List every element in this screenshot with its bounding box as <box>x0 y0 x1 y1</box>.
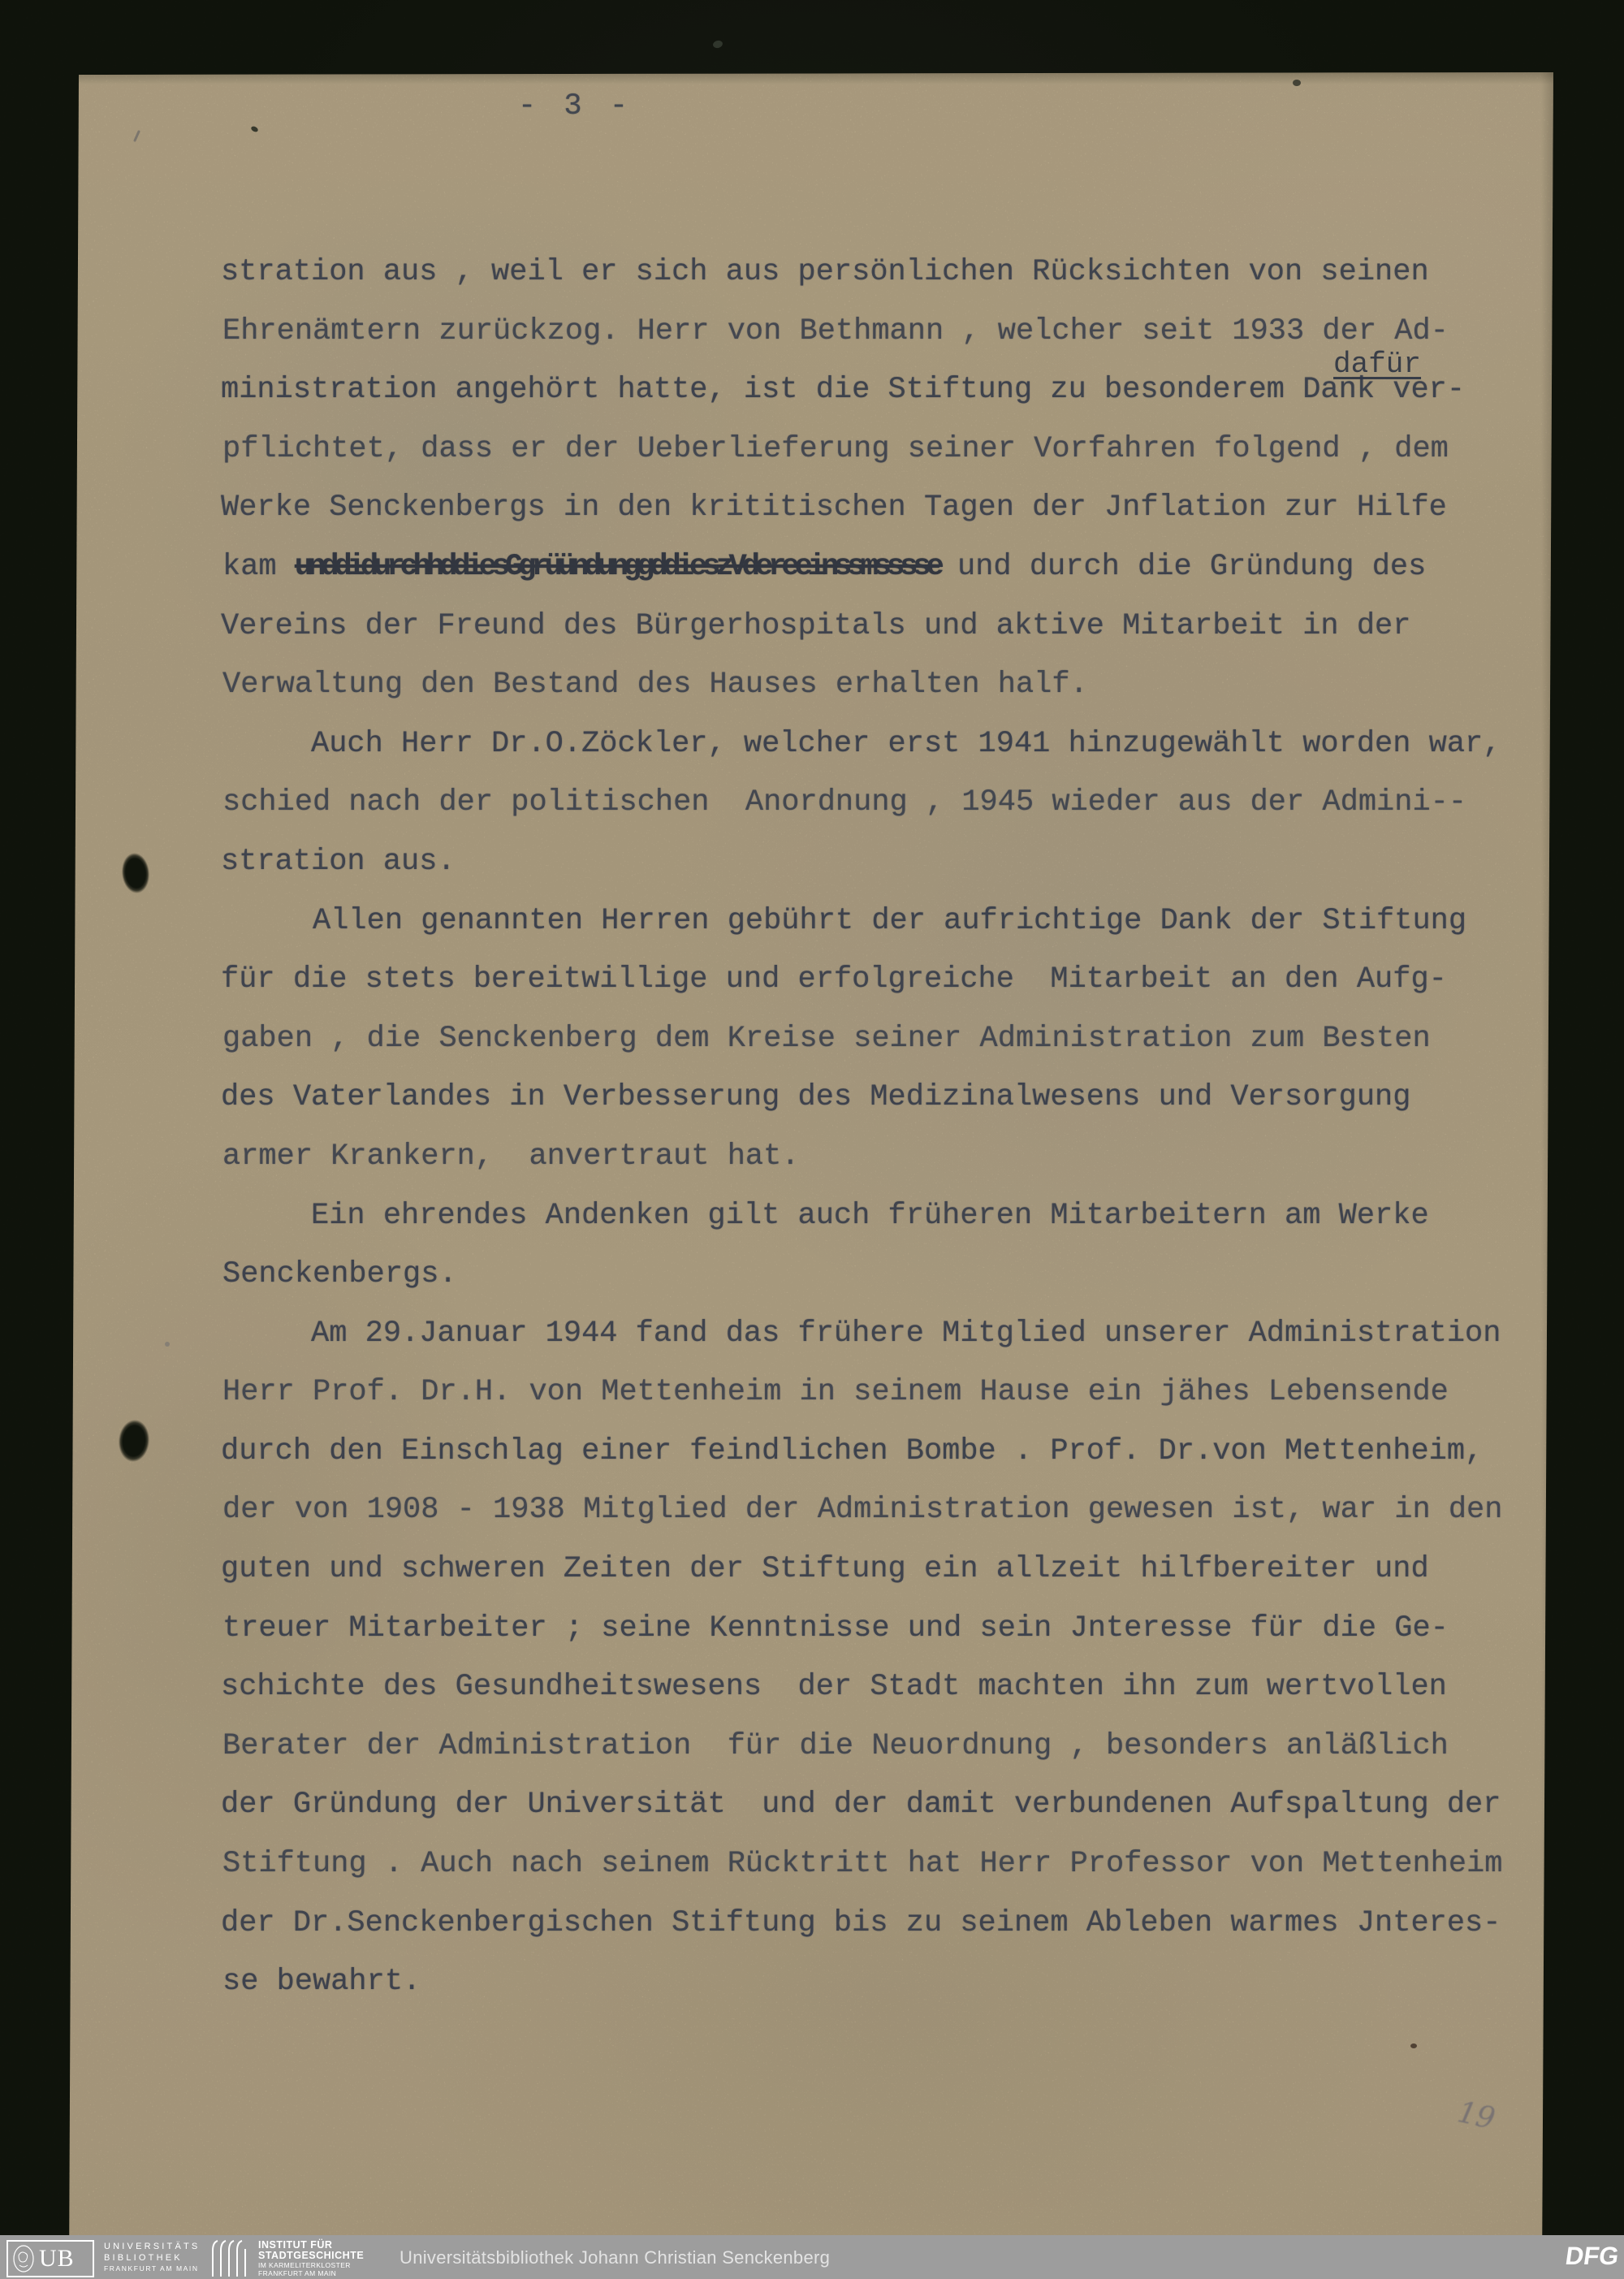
document-page: - 3 - dafür stration aus , weil er sich … <box>0 0 1624 2279</box>
institute-line3: IM KARMELITERKLOSTER <box>258 2261 364 2269</box>
ub-line2: BIBLIOTHEK <box>104 2253 200 2264</box>
typewritten-line: stration aus. <box>221 832 1553 892</box>
handwritten-number: 19 <box>1454 2096 1497 2137</box>
typewritten-line: der von 1908 - 1938 Mitglied der Adminis… <box>222 1481 1554 1540</box>
typewritten-line: schichte des Gesundheitswesens der Stadt… <box>221 1658 1553 1717</box>
typewritten-line: durch den Einschlag einer feindlichen Bo… <box>221 1422 1553 1481</box>
ink-speck <box>1410 2043 1417 2048</box>
typewritten-line-with-strikeout: kam unddidurchhddiesGgrüündunggddieszVde… <box>222 538 1554 597</box>
ub-logo: UB <box>6 2240 94 2277</box>
ink-speck <box>712 40 723 50</box>
typewritten-line: des Vaterlandes in Verbesserung des Medi… <box>221 1068 1553 1127</box>
typewritten-line: ministration angehört hatte, ist die Sti… <box>221 361 1553 420</box>
typewritten-line: der Dr.Senckenbergischen Stiftung bis zu… <box>221 1894 1553 1953</box>
page-number: - 3 - <box>518 89 633 123</box>
typewritten-line: Allen genannten Herren gebührt der aufri… <box>222 892 1554 951</box>
typewritten-line: armer Krankern, anvertraut hat. <box>222 1127 1554 1187</box>
institute-arches-icon <box>209 2239 248 2277</box>
strike-post: und durch die Gründung des <box>939 550 1427 584</box>
institute-line4: FRANKFURT AM MAIN <box>258 2269 364 2277</box>
viewer-footer-bar: UB UNIVERSITÄTS BIBLIOTHEK FRANKFURT AM … <box>0 2235 1624 2279</box>
typewritten-line: Verwaltung den Bestand des Hauses erhalt… <box>222 655 1554 715</box>
typewritten-line: Vereins der Freund des Bürgerhospitals u… <box>221 597 1553 656</box>
typewritten-line: Berater der Administration für die Neuor… <box>222 1717 1554 1776</box>
ink-speck <box>1293 80 1301 86</box>
typewritten-line: Ehrenämtern zurückzog. Herr von Bethmann… <box>222 302 1554 361</box>
library-name: Universitätsbibliothek Johann Christian … <box>400 2247 830 2268</box>
institute-name: INSTITUT FÜR STADTGESCHICHTE IM KARMELIT… <box>258 2240 364 2277</box>
typewritten-line: Herr Prof. Dr.H. von Mettenheim in seine… <box>222 1363 1554 1422</box>
typewritten-line: schied nach der politischen Anordnung , … <box>222 773 1554 832</box>
institute-line2: STADTGESCHICHTE <box>258 2251 364 2261</box>
ub-library-name: UNIVERSITÄTS BIBLIOTHEK FRANKFURT AM MAI… <box>104 2242 200 2275</box>
typewritten-line: Stiftung . Auch nach seinem Rücktritt ha… <box>222 1835 1554 1894</box>
ub-portrait-icon <box>11 2244 36 2273</box>
typewritten-line: Senckenbergs. <box>222 1245 1554 1304</box>
ub-logo-text: UB <box>39 2245 75 2273</box>
typewritten-line: Auch Herr Dr.O.Zöckler, welcher erst 194… <box>221 715 1553 774</box>
typewritten-line: für die stets bereitwillige und erfolgre… <box>221 950 1553 1010</box>
scan-stage: - 3 - dafür stration aus , weil er sich … <box>0 0 1624 2279</box>
typewritten-line: stration aus , weil er sich aus persönli… <box>221 243 1553 302</box>
typewritten-line: Werke Senckenbergs in den krititischen T… <box>221 478 1553 538</box>
ub-line3: FRANKFURT AM MAIN <box>104 2264 200 2275</box>
typewritten-line: gaben , die Senckenberg dem Kreise seine… <box>222 1010 1554 1069</box>
strike-pre: kam <box>222 550 295 584</box>
ub-line1: UNIVERSITÄTS <box>104 2242 200 2253</box>
typewritten-line: se bewahrt. <box>222 1953 1554 2012</box>
typewritten-line: guten und schweren Zeiten der Stiftung e… <box>221 1540 1553 1599</box>
typewritten-line: pflichtet, dass er der Ueberlieferung se… <box>222 420 1554 479</box>
dfg-logo: DFG <box>1563 2242 1620 2271</box>
typewritten-line: Am 29.Januar 1944 fand das frühere Mitgl… <box>221 1304 1553 1364</box>
typewritten-line: treuer Mitarbeiter ; seine Kenntnisse un… <box>222 1599 1554 1658</box>
strikethrough-text: unddidurchhddiesGgrüündunggddieszVdereei… <box>295 550 939 584</box>
typewritten-line: Ein ehrendes Andenken gilt auch früheren… <box>221 1187 1553 1246</box>
ink-speck <box>165 1342 170 1347</box>
typewritten-text-block: stration aus , weil er sich aus persönli… <box>221 243 1553 2012</box>
typewritten-line: der Gründung der Universität und der dam… <box>221 1775 1553 1835</box>
